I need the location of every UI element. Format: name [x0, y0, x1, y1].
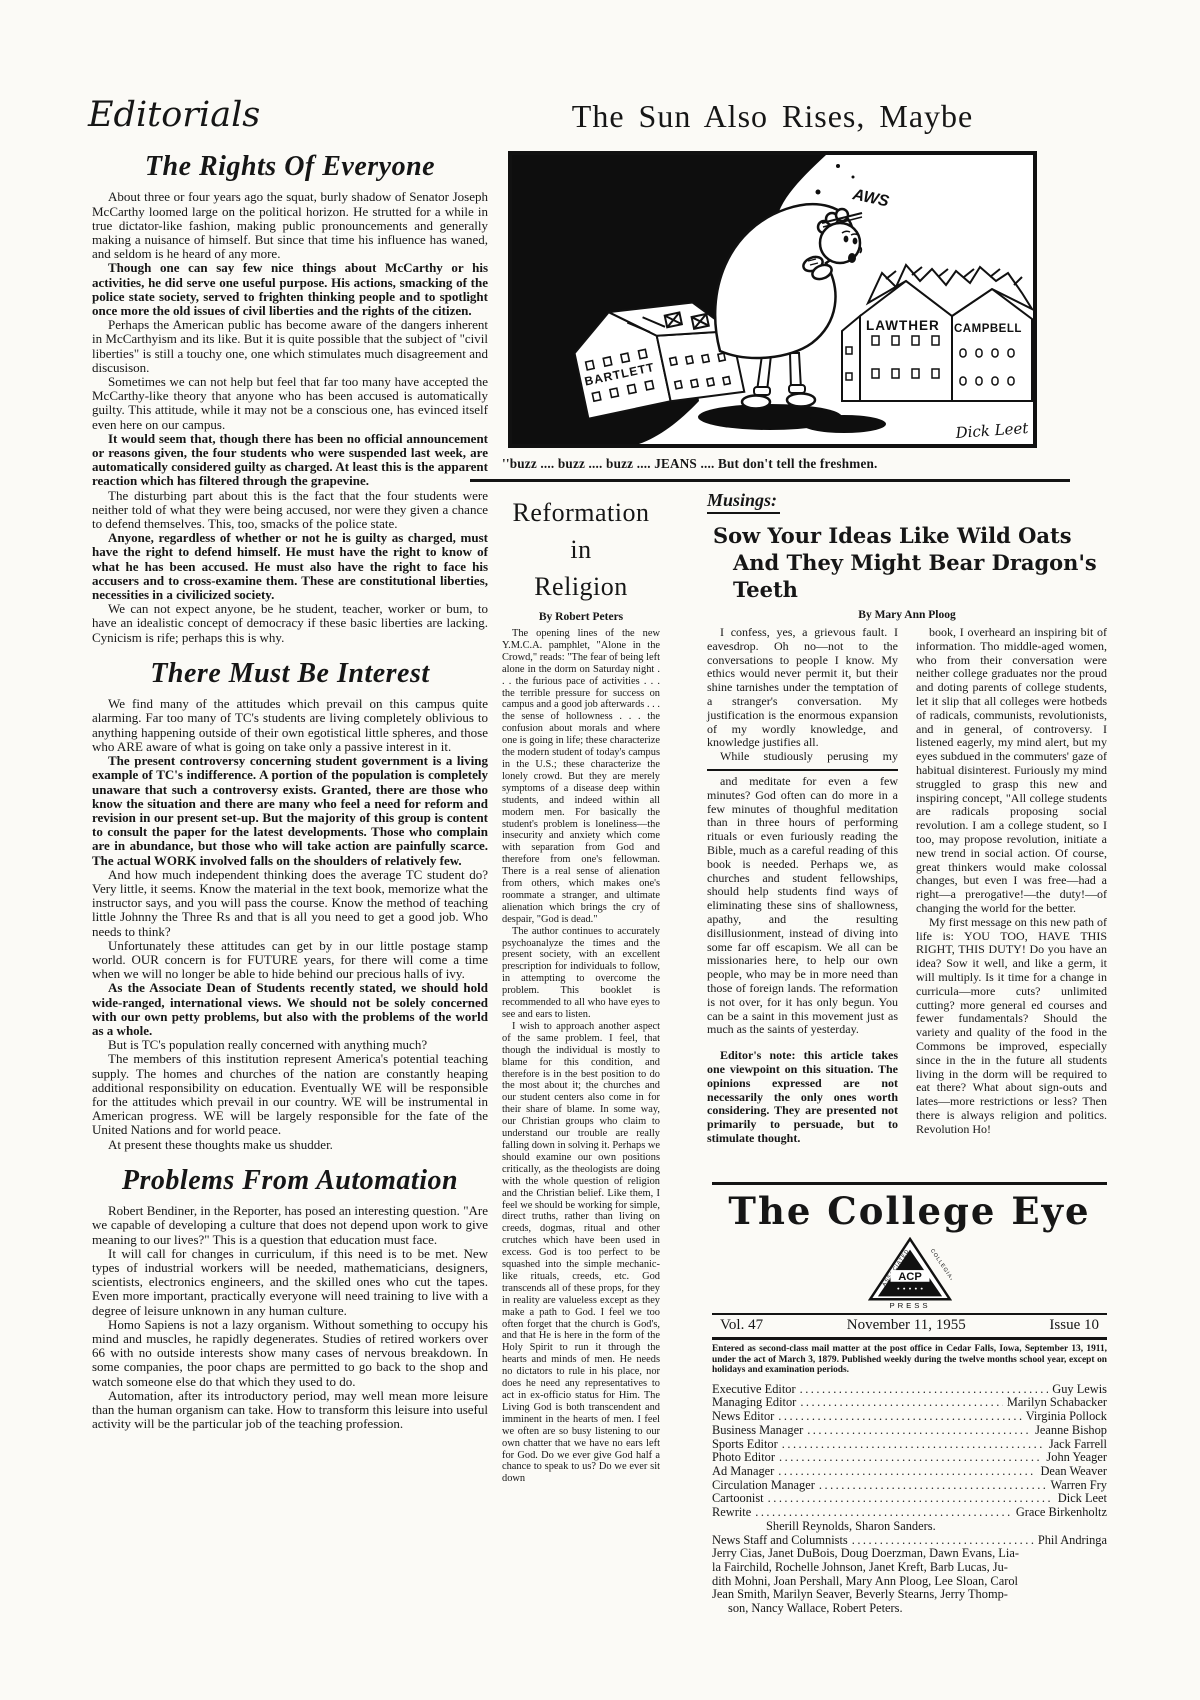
- paragraph: Automation, after its introductory perio…: [92, 1389, 488, 1432]
- issue-number: Issue 10: [1049, 1317, 1099, 1334]
- dot-leader: [800, 1383, 1049, 1397]
- masthead: The College Eye ASSOCIATED COLLEGIATE AC…: [712, 1182, 1107, 1616]
- dot-leader: [782, 1438, 1045, 1452]
- staff-continuation: Sherill Reynolds, Sharon Sanders.: [712, 1520, 1107, 1534]
- staff-name: Warren Fry: [1051, 1479, 1107, 1493]
- staff-names-line: Jean Smith, Marilyn Seaver, Beverly Stea…: [712, 1588, 1107, 1602]
- staff-name: Dick Leet: [1058, 1492, 1107, 1506]
- staff-role: Managing Editor: [712, 1396, 796, 1410]
- cartoon-title: The Sun Also Rises, Maybe: [508, 98, 1037, 151]
- issue-date: November 11, 1955: [847, 1317, 966, 1334]
- staff-role: Sports Editor: [712, 1438, 778, 1452]
- staff-name: Jeanne Bishop: [1035, 1424, 1107, 1438]
- title-line: Reformation: [502, 494, 660, 531]
- staff-name: Phil Andringa: [1038, 1534, 1107, 1548]
- paragraph: But is TC's population really concerned …: [92, 1038, 488, 1052]
- staff-row: News EditorVirginia Pollock: [712, 1410, 1107, 1424]
- lawther-label: LAWTHER: [866, 318, 940, 333]
- dot-leader: [807, 1424, 1031, 1438]
- section-label-editorials: Editorials: [88, 98, 260, 133]
- article-title-automation: Problems From Automation: [92, 1166, 488, 1195]
- paragraph: As the Associate Dean of Students recent…: [92, 981, 488, 1038]
- dot-leader: [768, 1492, 1054, 1506]
- dot-leader: [852, 1534, 1034, 1548]
- paragraph: The present controversy concerning stude…: [92, 754, 488, 868]
- paragraph: We can not expect anyone, be he student,…: [92, 602, 488, 645]
- editorial-cartoon: BARTLETT LAWTHER CAMPBELL: [508, 151, 1037, 448]
- paragraph: The opening lines of the new Y.M.C.A. pa…: [502, 628, 660, 926]
- staff-role: Ad Manager: [712, 1465, 774, 1479]
- musings-kicker: Musings:: [707, 490, 780, 514]
- staff-row: Business ManagerJeanne Bishop: [712, 1424, 1107, 1438]
- title-line: Religion: [502, 568, 660, 605]
- staff-name: John Yeager: [1046, 1451, 1107, 1465]
- paragraph: And how much independent thinking does t…: [92, 868, 488, 939]
- entered-notice: Entered as second-class mail matter at t…: [712, 1344, 1107, 1376]
- staff-row: Managing EditorMarilyn Schabacker: [712, 1396, 1107, 1410]
- staff-row: CartoonistDick Leet: [712, 1492, 1107, 1506]
- dot-leader: [819, 1479, 1047, 1493]
- dot-leader: [779, 1451, 1042, 1465]
- reformation-article: Reformation in Religion By Robert Peters…: [502, 494, 660, 1485]
- paragraph-reformation-continued: and meditate for even a few minutes? God…: [707, 775, 898, 1037]
- title-line: And They Might Bear Dragon's Teeth: [707, 549, 1107, 603]
- paragraph: Robert Bendiner, in the Reporter, has po…: [92, 1204, 488, 1247]
- dot-leader: [800, 1396, 1003, 1410]
- acp-label: ACP: [898, 1271, 922, 1283]
- article-title-musings: Sow Your Ideas Like Wild Oats And They M…: [707, 522, 1107, 603]
- musings-column-right: book, I overheard an inspiring bit of in…: [916, 626, 1107, 1146]
- paragraph: Anyone, regardless of whether or not he …: [92, 531, 488, 602]
- newspaper-page: Editorials The Rights Of Everyone About …: [0, 0, 1200, 1700]
- musings-column-left: I confess, yes, a grievous fault. I eave…: [707, 626, 898, 1146]
- paragraph: The author continues to accurately psych…: [502, 926, 660, 1021]
- dot-leader: [778, 1410, 1021, 1424]
- staff-name: Jack Farrell: [1049, 1438, 1107, 1452]
- cartoon-caption: ''buzz .... buzz .... buzz .... JEANS ..…: [502, 456, 878, 472]
- staff-name: Marilyn Schabacker: [1007, 1396, 1107, 1410]
- section-divider-rule: [470, 479, 1070, 482]
- staff-row: Photo EditorJohn Yeager: [712, 1451, 1107, 1465]
- paragraph: I wish to approach another aspect of the…: [502, 1021, 660, 1485]
- paragraph: While studiously perusing my: [707, 750, 898, 764]
- staff-role: News Staff and Columnists: [712, 1534, 848, 1548]
- staff-role: Business Manager: [712, 1424, 803, 1438]
- paragraph: My first message on this new path of lif…: [916, 916, 1107, 1137]
- musings-article: Musings: Sow Your Ideas Like Wild Oats A…: [707, 490, 1107, 1146]
- staff-row: Circulation ManagerWarren Fry: [712, 1479, 1107, 1493]
- paragraph: Unfortunately these attitudes can get by…: [92, 939, 488, 982]
- paragraph: Though one can say few nice things about…: [92, 261, 488, 318]
- staff-role: Photo Editor: [712, 1451, 775, 1465]
- paragraph: We find many of the attitudes which prev…: [92, 697, 488, 754]
- paragraph: Homo Sapiens is not a lazy organism. Wit…: [92, 1318, 488, 1389]
- staff-role: Executive Editor: [712, 1383, 796, 1397]
- dot-leader: [778, 1465, 1036, 1479]
- acp-press-label: PRESS: [889, 1301, 930, 1309]
- staff-names-line: la Fairchild, Rochelle Johnson, Janet Kr…: [712, 1561, 1107, 1575]
- staff-name: Dean Weaver: [1040, 1465, 1107, 1479]
- staff-role: Cartoonist: [712, 1492, 764, 1506]
- byline-mary-ann-ploog: By Mary Ann Ploog: [707, 609, 1107, 621]
- staff-role: Circulation Manager: [712, 1479, 815, 1493]
- paragraph: At present these thoughts make us shudde…: [92, 1138, 488, 1152]
- staff-name: Guy Lewis: [1052, 1383, 1107, 1397]
- volume-number: Vol. 47: [720, 1317, 763, 1334]
- paragraph: I confess, yes, a grievous fault. I eave…: [707, 626, 898, 750]
- staff-role: News Editor: [712, 1410, 774, 1424]
- volume-bar: Vol. 47 November 11, 1955 Issue 10: [712, 1313, 1107, 1340]
- cartoon-block: The Sun Also Rises, Maybe: [508, 98, 1037, 448]
- staff-row: RewriteGrace Birkenholtz: [712, 1506, 1107, 1520]
- staff-role: Rewrite: [712, 1506, 751, 1520]
- staff-name: Grace Birkenholtz: [1016, 1506, 1107, 1520]
- article-title-reformation: Reformation in Religion: [502, 494, 660, 605]
- staff-list: Executive EditorGuy Lewis Managing Edito…: [712, 1383, 1107, 1616]
- newspaper-name: The College Eye: [712, 1189, 1107, 1233]
- paragraph: The members of this institution represen…: [92, 1052, 488, 1137]
- staff-names-line: dith Mohni, Joan Pershall, Mary Ann Ploo…: [712, 1575, 1107, 1589]
- article-title-rights: The Rights Of Everyone: [92, 152, 488, 181]
- staff-row: News Staff and ColumnistsPhil Andringa: [712, 1534, 1107, 1548]
- paragraph: Perhaps the American public has become a…: [92, 318, 488, 375]
- editorial-column: The Rights Of Everyone About three or fo…: [92, 152, 488, 1431]
- paragraph: Sometimes we can not help but feel that …: [92, 375, 488, 432]
- campbell-label: CAMPBELL: [954, 323, 1022, 335]
- column-rule: [707, 769, 898, 771]
- masthead-top-rule: [712, 1182, 1107, 1185]
- article-title-interest: There Must Be Interest: [92, 659, 488, 688]
- title-line: in: [502, 531, 660, 568]
- dot-leader: [755, 1506, 1012, 1520]
- paragraph: It will call for changes in curriculum, …: [92, 1247, 488, 1318]
- staff-row: Sports EditorJack Farrell: [712, 1438, 1107, 1452]
- paragraph: book, I overheard an inspiring bit of in…: [916, 626, 1107, 916]
- staff-names-line: son, Nancy Wallace, Robert Peters.: [712, 1602, 1107, 1616]
- staff-row: Ad ManagerDean Weaver: [712, 1465, 1107, 1479]
- paragraph: The disturbing part about this is the fa…: [92, 489, 488, 532]
- paragraph: It would seem that, though there has bee…: [92, 432, 488, 489]
- editors-note: Editor's note: this article takes one vi…: [707, 1049, 898, 1146]
- paragraph: About three or four years ago the squat,…: [92, 190, 488, 261]
- staff-names-line: Jerry Cias, Janet DuBois, Doug Doerzman,…: [712, 1547, 1107, 1561]
- staff-name: Virginia Pollock: [1026, 1410, 1107, 1424]
- house-shadow: [802, 415, 886, 433]
- acp-press-logo: ASSOCIATED COLLEGIATE ACP PRESS: [868, 1237, 952, 1309]
- byline-robert-peters: By Robert Peters: [502, 611, 660, 623]
- staff-row: Executive EditorGuy Lewis: [712, 1383, 1107, 1397]
- title-line: Sow Your Ideas Like Wild Oats: [707, 522, 1107, 549]
